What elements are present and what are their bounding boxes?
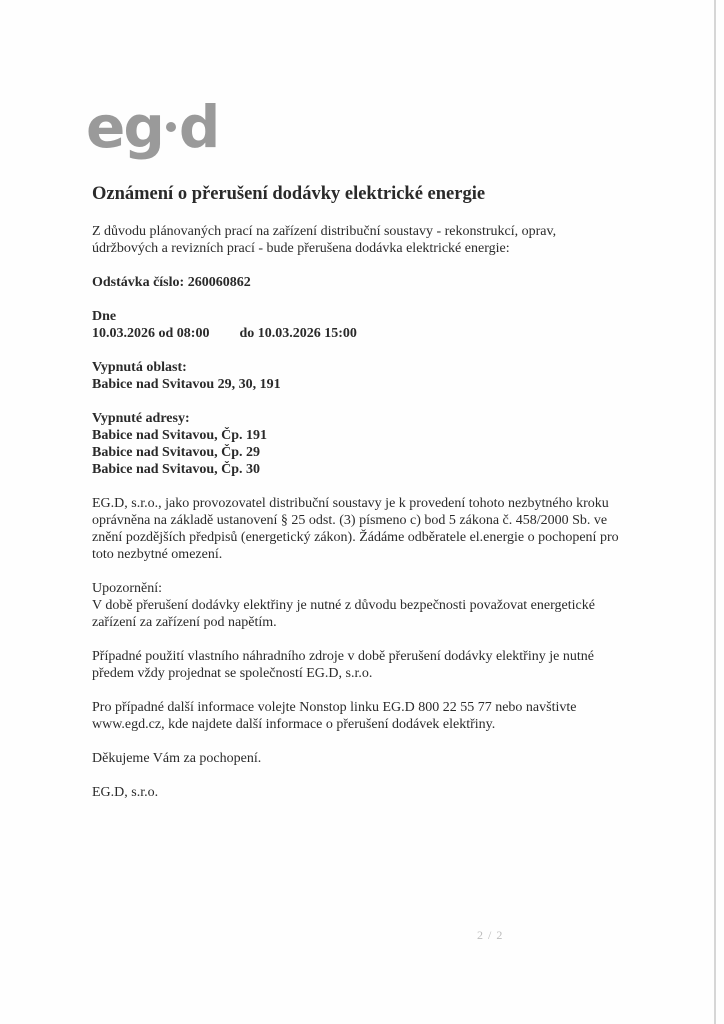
backup-line: předem vždy projednat se společností EG.… — [92, 665, 652, 682]
egd-logo: egd — [86, 98, 218, 156]
notice-title: Oznámení o přerušení dodávky elektrické … — [92, 183, 652, 205]
legal-line: toto nezbytné omezení. — [92, 546, 652, 563]
area-value: Babice nad Svitavou 29, 30, 191 — [92, 376, 652, 393]
dot-icon — [166, 122, 176, 132]
warning-line: zařízení za zařízení pod napětím. — [92, 614, 652, 631]
address-item: Babice nad Svitavou, Čp. 191 — [92, 427, 652, 444]
warning-paragraph: Upozornění: V době přerušení dodávky ele… — [92, 580, 652, 631]
signature: EG.D, s.r.o. — [92, 784, 652, 801]
outage-area: Vypnutá oblast: Babice nad Svitavou 29, … — [92, 359, 652, 393]
legal-line: znění pozdějších předpisů (energetický z… — [92, 529, 652, 546]
page-number: 2 / 2 — [477, 928, 503, 943]
thanks-paragraph: Děkujeme Vám za pochopení. — [92, 750, 652, 767]
intro-line: údržbových a revizních prací - bude přer… — [92, 240, 652, 257]
intro-paragraph: Z důvodu plánovaných prací na zařízení d… — [92, 223, 652, 257]
notice-body: Oznámení o přerušení dodávky elektrické … — [92, 183, 652, 818]
outage-date-label: Dne — [92, 308, 652, 325]
outage-number-value: 260060862 — [188, 275, 251, 290]
warning-label: Upozornění: — [92, 580, 652, 597]
area-label: Vypnutá oblast: — [92, 359, 652, 376]
outage-number-label: Odstávka číslo: — [92, 275, 184, 290]
intro-line: Z důvodu plánovaných prací na zařízení d… — [92, 223, 652, 240]
outage-addresses: Vypnuté adresy: Babice nad Svitavou, Čp.… — [92, 410, 652, 478]
outage-number: Odstávka číslo: 260060862 — [92, 274, 652, 291]
backup-line: Případné použití vlastního náhradního zd… — [92, 648, 652, 665]
legal-line: EG.D, s.r.o., jako provozovatel distribu… — [92, 495, 652, 512]
outage-date-range: 10.03.2026 od 08:00do 10.03.2026 15:00 — [92, 325, 652, 342]
logo-text-left: eg — [86, 93, 163, 161]
outage-date: Dne 10.03.2026 od 08:00do 10.03.2026 15:… — [92, 308, 652, 342]
warning-line: V době přerušení dodávky elektřiny je nu… — [92, 597, 652, 614]
legal-paragraph: EG.D, s.r.o., jako provozovatel distribu… — [92, 495, 652, 563]
addresses-label: Vypnuté adresy: — [92, 410, 652, 427]
outage-to: do 10.03.2026 15:00 — [239, 326, 356, 341]
document-page: egd Oznámení o přerušení dodávky elektri… — [0, 0, 724, 1024]
scan-edge-line — [714, 0, 716, 1024]
legal-line: oprávněna na základě ustanovení § 25 ods… — [92, 512, 652, 529]
info-line: Pro případné další informace volejte Non… — [92, 699, 652, 716]
address-item: Babice nad Svitavou, Čp. 30 — [92, 461, 652, 478]
info-paragraph: Pro případné další informace volejte Non… — [92, 699, 652, 733]
backup-source-paragraph: Případné použití vlastního náhradního zd… — [92, 648, 652, 682]
logo-text-right: d — [179, 93, 219, 161]
outage-from: 10.03.2026 od 08:00 — [92, 326, 209, 341]
address-item: Babice nad Svitavou, Čp. 29 — [92, 444, 652, 461]
info-line: www.egd.cz, kde najdete další informace … — [92, 716, 652, 733]
